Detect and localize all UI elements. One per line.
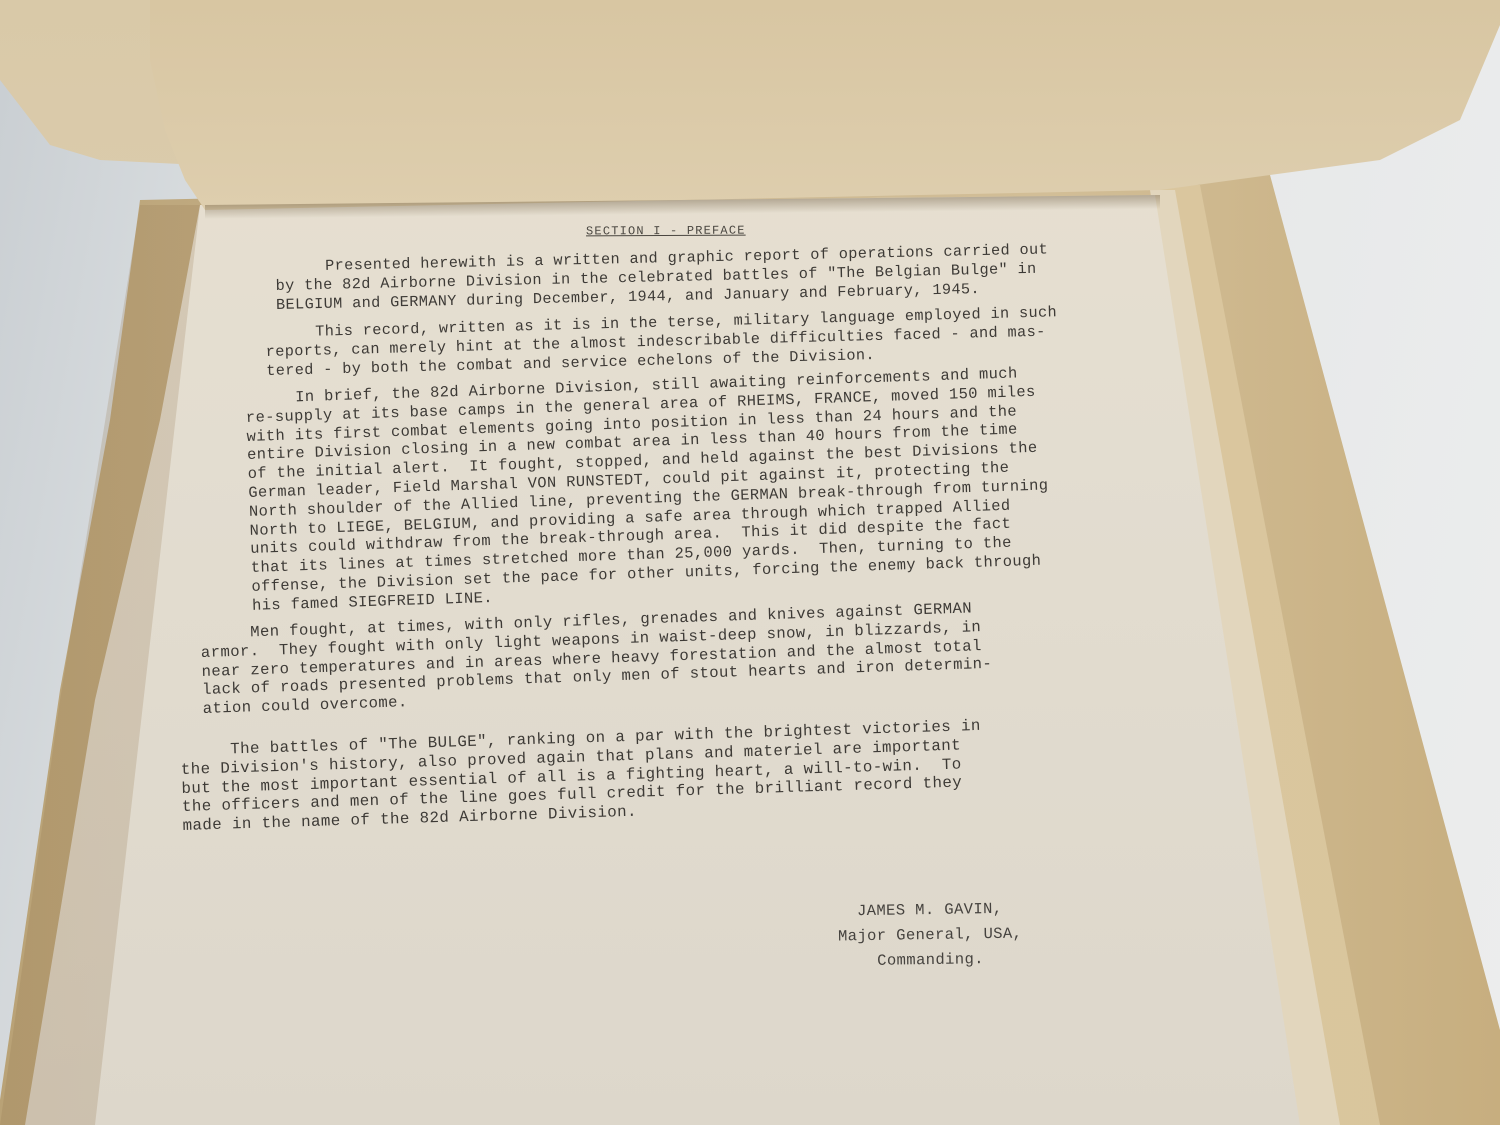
paragraph-men-fought: Men fought, at times, with only rifles, … xyxy=(200,599,993,719)
section-heading: SECTION I - PREFACE xyxy=(586,224,746,239)
signature-name: JAMES M. GAVIN, xyxy=(837,897,1022,925)
paragraph-in-brief: In brief, the 82d Airborne Division, sti… xyxy=(245,363,1052,615)
paragraph-the-bulge: The battles of "The BULGE", ranking on a… xyxy=(180,717,983,836)
paragraph-intro: Presented herewith is a written and grap… xyxy=(275,240,1049,314)
signature-block: JAMES M. GAVIN, Major General, USA, Comm… xyxy=(837,897,1022,975)
document-text: SECTION I - PREFACE Presented herewith i… xyxy=(0,0,1500,1125)
signature-role: Commanding. xyxy=(838,947,1023,975)
signature-rank: Major General, USA, xyxy=(838,922,1023,950)
